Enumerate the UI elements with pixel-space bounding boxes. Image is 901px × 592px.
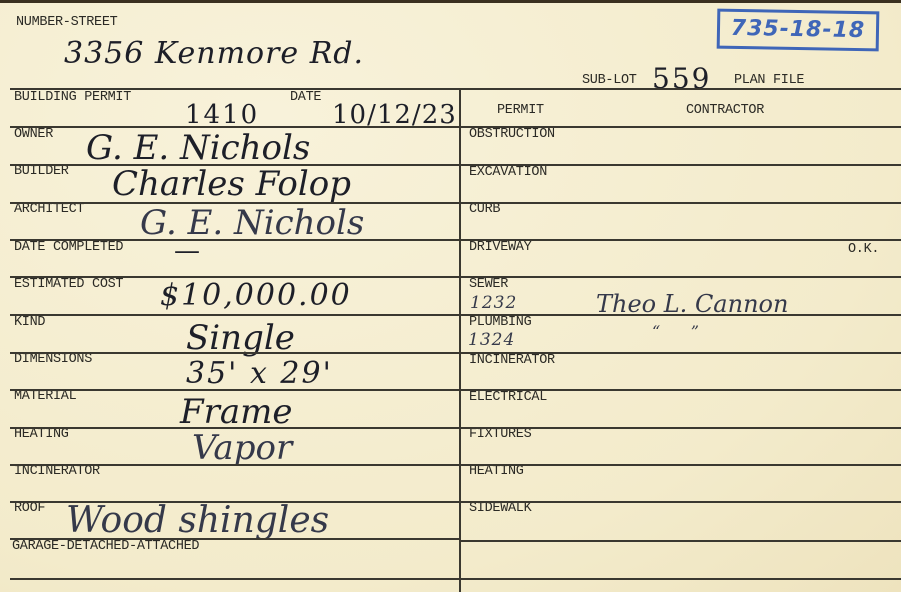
ruled-line [459, 126, 901, 128]
dimensions-label: DIMENSIONS [14, 352, 92, 367]
number-street-label: NUMBER-STREET [16, 15, 117, 30]
plumbing-label: PLUMBING [469, 315, 531, 330]
builder-value: Charles Folop [112, 164, 351, 204]
ruled-line [459, 202, 901, 204]
incinerator-permit-label: INCINERATOR [469, 353, 555, 368]
ruled-line [10, 126, 460, 128]
file-number-stamp: 735-18-18 [717, 9, 880, 52]
driveway-label: DRIVEWAY [469, 240, 531, 255]
card-top-edge [0, 0, 901, 3]
ruled-line [10, 427, 460, 429]
ruled-line [459, 578, 901, 580]
roof-value: Wood shingles [66, 500, 329, 541]
ruled-line [459, 540, 901, 542]
date-label: DATE [290, 90, 321, 105]
ruled-line [10, 88, 460, 90]
plumbing-permit-number: 1324 [468, 330, 515, 350]
ruled-line [10, 538, 460, 540]
ruled-line [10, 501, 460, 503]
dimensions-value: 35' x 29' [186, 356, 333, 391]
heating-permit-label: HEATING [469, 464, 524, 479]
ruled-line [10, 464, 460, 466]
ruled-line [459, 88, 901, 90]
roof-label: ROOF [14, 501, 45, 516]
estimated-cost-label: ESTIMATED COST [14, 277, 123, 292]
contractor-column-header: CONTRACTOR [686, 103, 764, 118]
heating-label: HEATING [14, 427, 69, 442]
material-value: Frame [180, 392, 292, 432]
sewer-label: SEWER [469, 277, 508, 292]
ruled-line [459, 352, 901, 354]
incinerator-label: INCINERATOR [14, 464, 100, 479]
number-street-value: 3356 Kenmore Rd. [64, 36, 364, 71]
ruled-line [10, 352, 460, 354]
sub-lot-label: SUB-LOT [582, 73, 637, 88]
ruled-line [459, 427, 901, 429]
ruled-line [459, 164, 901, 166]
plan-file-label: PLAN FILE [734, 73, 804, 88]
heating-value: Vapor [192, 428, 292, 468]
ruled-line [10, 202, 460, 204]
ruled-line [459, 389, 901, 391]
estimated-cost-value: $10,000.00 [160, 278, 352, 313]
ruled-line [459, 314, 901, 316]
ruled-line [459, 239, 901, 241]
ruled-line [10, 314, 460, 316]
architect-label: ARCHITECT [14, 202, 84, 217]
material-label: MATERIAL [14, 389, 76, 404]
ruled-line [10, 389, 460, 391]
sidewalk-label: SIDEWALK [469, 501, 531, 516]
permit-card: NUMBER-STREET 3356 Kenmore Rd. 735-18-18… [0, 0, 901, 592]
permit-column-header: PERMIT [497, 103, 544, 118]
curb-label: CURB [469, 202, 500, 217]
ruled-line [459, 501, 901, 503]
owner-label: OWNER [14, 127, 53, 142]
ruled-line [459, 464, 901, 466]
ruled-line [10, 164, 460, 166]
date-completed-label: DATE COMPLETED [14, 240, 123, 255]
ruled-line [10, 578, 460, 580]
garage-label: GARAGE-DETACHED-ATTACHED [12, 539, 199, 554]
driveway-note: O.K. [848, 242, 879, 257]
date-completed-value: — [174, 236, 200, 266]
sub-lot-value: 559 [652, 62, 711, 95]
obstruction-label: OBSTRUCTION [469, 127, 555, 142]
fixtures-label: FIXTURES [469, 427, 531, 442]
builder-label: BUILDER [14, 164, 69, 179]
ruled-line [10, 239, 460, 241]
ruled-line [459, 276, 901, 278]
excavation-label: EXCAVATION [469, 165, 547, 180]
electrical-label: ELECTRICAL [469, 390, 547, 405]
plumbing-contractor-ditto: “ ” [652, 322, 699, 341]
building-permit-label: BUILDING PERMIT [14, 90, 131, 105]
owner-value: G. E. Nichols [86, 128, 310, 168]
kind-label: KIND [14, 315, 45, 330]
sewer-permit-number: 1232 [470, 293, 517, 313]
ruled-line [10, 276, 460, 278]
